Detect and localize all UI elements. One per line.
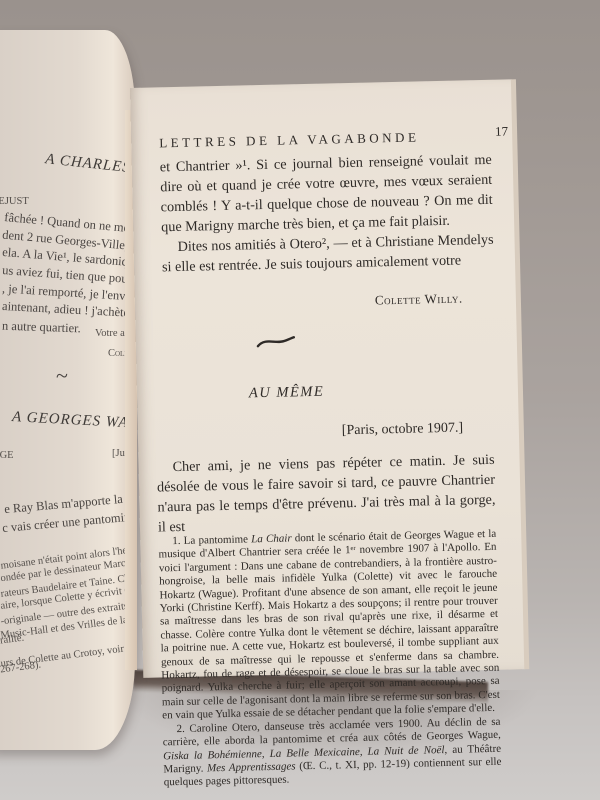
letter-body: et Chantrier »¹. Si ce journal bien rens…: [160, 150, 495, 278]
footnote-italic: Mes Apprentissages: [207, 760, 296, 774]
section-title: AU MÊME: [249, 384, 325, 403]
left-line: n autre quartier.: [2, 319, 81, 337]
page-number: 17: [495, 123, 508, 139]
footnote-text: La pantomime: [180, 533, 251, 547]
signature: Colette Willy.: [375, 291, 463, 309]
footnote-1: 1. La pantomime La Chair dont le scénari…: [158, 528, 500, 723]
paragraph: Dites nos amitiés à Otero², — et à Chris…: [161, 230, 494, 278]
left-dateline-fragment: LEJUST: [0, 196, 29, 207]
paragraph: et Chantrier »¹. Si ce journal bien rens…: [160, 150, 494, 238]
page-edge: [511, 79, 529, 669]
footnote-2: 2. Caroline Otero, danseuse très acclamé…: [162, 715, 501, 790]
footnotes: 1. La pantomime La Chair dont le scénari…: [158, 528, 502, 790]
letter-text: Cher ami, je ne viens pas répéter ce mat…: [156, 450, 496, 538]
dateline: [Paris, octobre 1907.]: [342, 421, 464, 440]
footnote-italic: La Chair: [251, 532, 292, 545]
left-heading-georges-wague: A GEORGES WAGUE: [12, 409, 135, 434]
left-dateline-fragment-left: AGE: [0, 450, 14, 461]
right-page: LETTRES DE LA VAGABONDE 17 et Chantrier …: [130, 79, 525, 678]
tilde-ornament-icon: [256, 334, 296, 349]
left-heading-charles-saglio: A CHARLES SAGL: [44, 151, 135, 182]
running-head: LETTRES DE LA VAGABONDE: [159, 129, 420, 151]
left-note-line: ralité.: [0, 633, 25, 647]
left-ornament-icon: ~: [56, 363, 68, 389]
left-dateline-fragment-right: [Ju: [112, 448, 125, 459]
footnote-text: dont le scénario était de Georges Wague …: [158, 528, 500, 722]
left-page: A CHARLES SAGL LEJUST fâchée ! Quand on …: [0, 30, 135, 750]
